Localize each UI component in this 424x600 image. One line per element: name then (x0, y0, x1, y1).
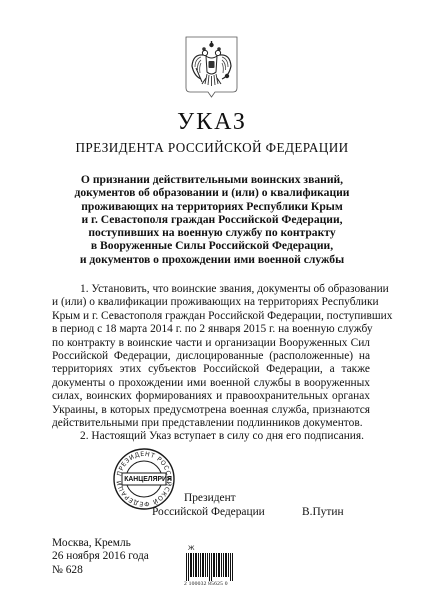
body-line: в период с 18 марта 2014 г. по 2 января … (52, 323, 370, 336)
chancellery-stamp: ПРЕЗИДЕНТ РОССИЙСКОЙ ФЕДЕРАЦИИ · 5 · КАН… (113, 448, 175, 510)
heading-line: и документов о прохождении ими военной с… (60, 253, 364, 266)
stamp-center-text: КАНЦЕЛЯРИЯ (124, 474, 164, 484)
heading-line: О признании действительными воинских зва… (60, 173, 364, 186)
body-line: по контракту в воинские части и организа… (52, 337, 370, 350)
heading-line: документов об образовании и (или) о квал… (60, 186, 364, 199)
footer-place: Москва, Кремль (52, 537, 149, 550)
footer-date: 26 ноября 2016 года (52, 550, 149, 563)
body-line: Крым и г. Севастополя граждан Российской… (52, 310, 370, 323)
document-title: УКАЗ (0, 109, 424, 135)
body-line: 2. Настоящий Указ вступает в силу со дня… (52, 430, 370, 443)
body-line: и (или) о квалификации проживающих на те… (52, 296, 370, 309)
body-line: документы о прохождении ими военной служ… (52, 377, 370, 390)
heading-line: в Вооруженные Силы Российской Федерации, (60, 239, 364, 252)
body-line: территориях этих субъектов Российской Фе… (52, 363, 370, 376)
barcode-icon (186, 553, 234, 581)
heading-line: проживающих на территориях Республики Кр… (60, 200, 364, 213)
coat-of-arms-emblem (185, 36, 238, 100)
barcode-mark: Ж (188, 545, 194, 552)
heading-line: и г. Севастополя граждан Российской Феде… (60, 213, 364, 226)
decree-body: 1. Установить, что воинские звания, доку… (52, 283, 370, 444)
decree-heading: О признании действительными воинских зва… (60, 173, 364, 266)
document-subtitle: ПРЕЗИДЕНТА РОССИЙСКОЙ ФЕДЕРАЦИИ (0, 140, 424, 156)
body-line: силах, воинских формированиях и правоохр… (52, 390, 370, 403)
body-line: действительными при представлении подлин… (52, 417, 370, 430)
signature-role-line1: Президент (184, 491, 236, 505)
heading-line: поступивших на военную службу по контрак… (60, 226, 364, 239)
russian-coat-of-arms-icon (185, 36, 238, 100)
footer-number: № 628 (52, 564, 149, 577)
body-line: Российской Федерации, дислоцированные (р… (52, 350, 370, 363)
document-footer: Москва, Кремль 26 ноября 2016 года № 628 (52, 537, 149, 577)
body-line: 1. Установить, что воинские звания, доку… (52, 283, 370, 296)
barcode (186, 553, 234, 583)
body-line: Украины, в которых предусмотрена военная… (52, 404, 370, 417)
barcode-digits: 2 100032 85625 0 (184, 581, 228, 587)
signature-name: В.Путин (302, 505, 344, 519)
